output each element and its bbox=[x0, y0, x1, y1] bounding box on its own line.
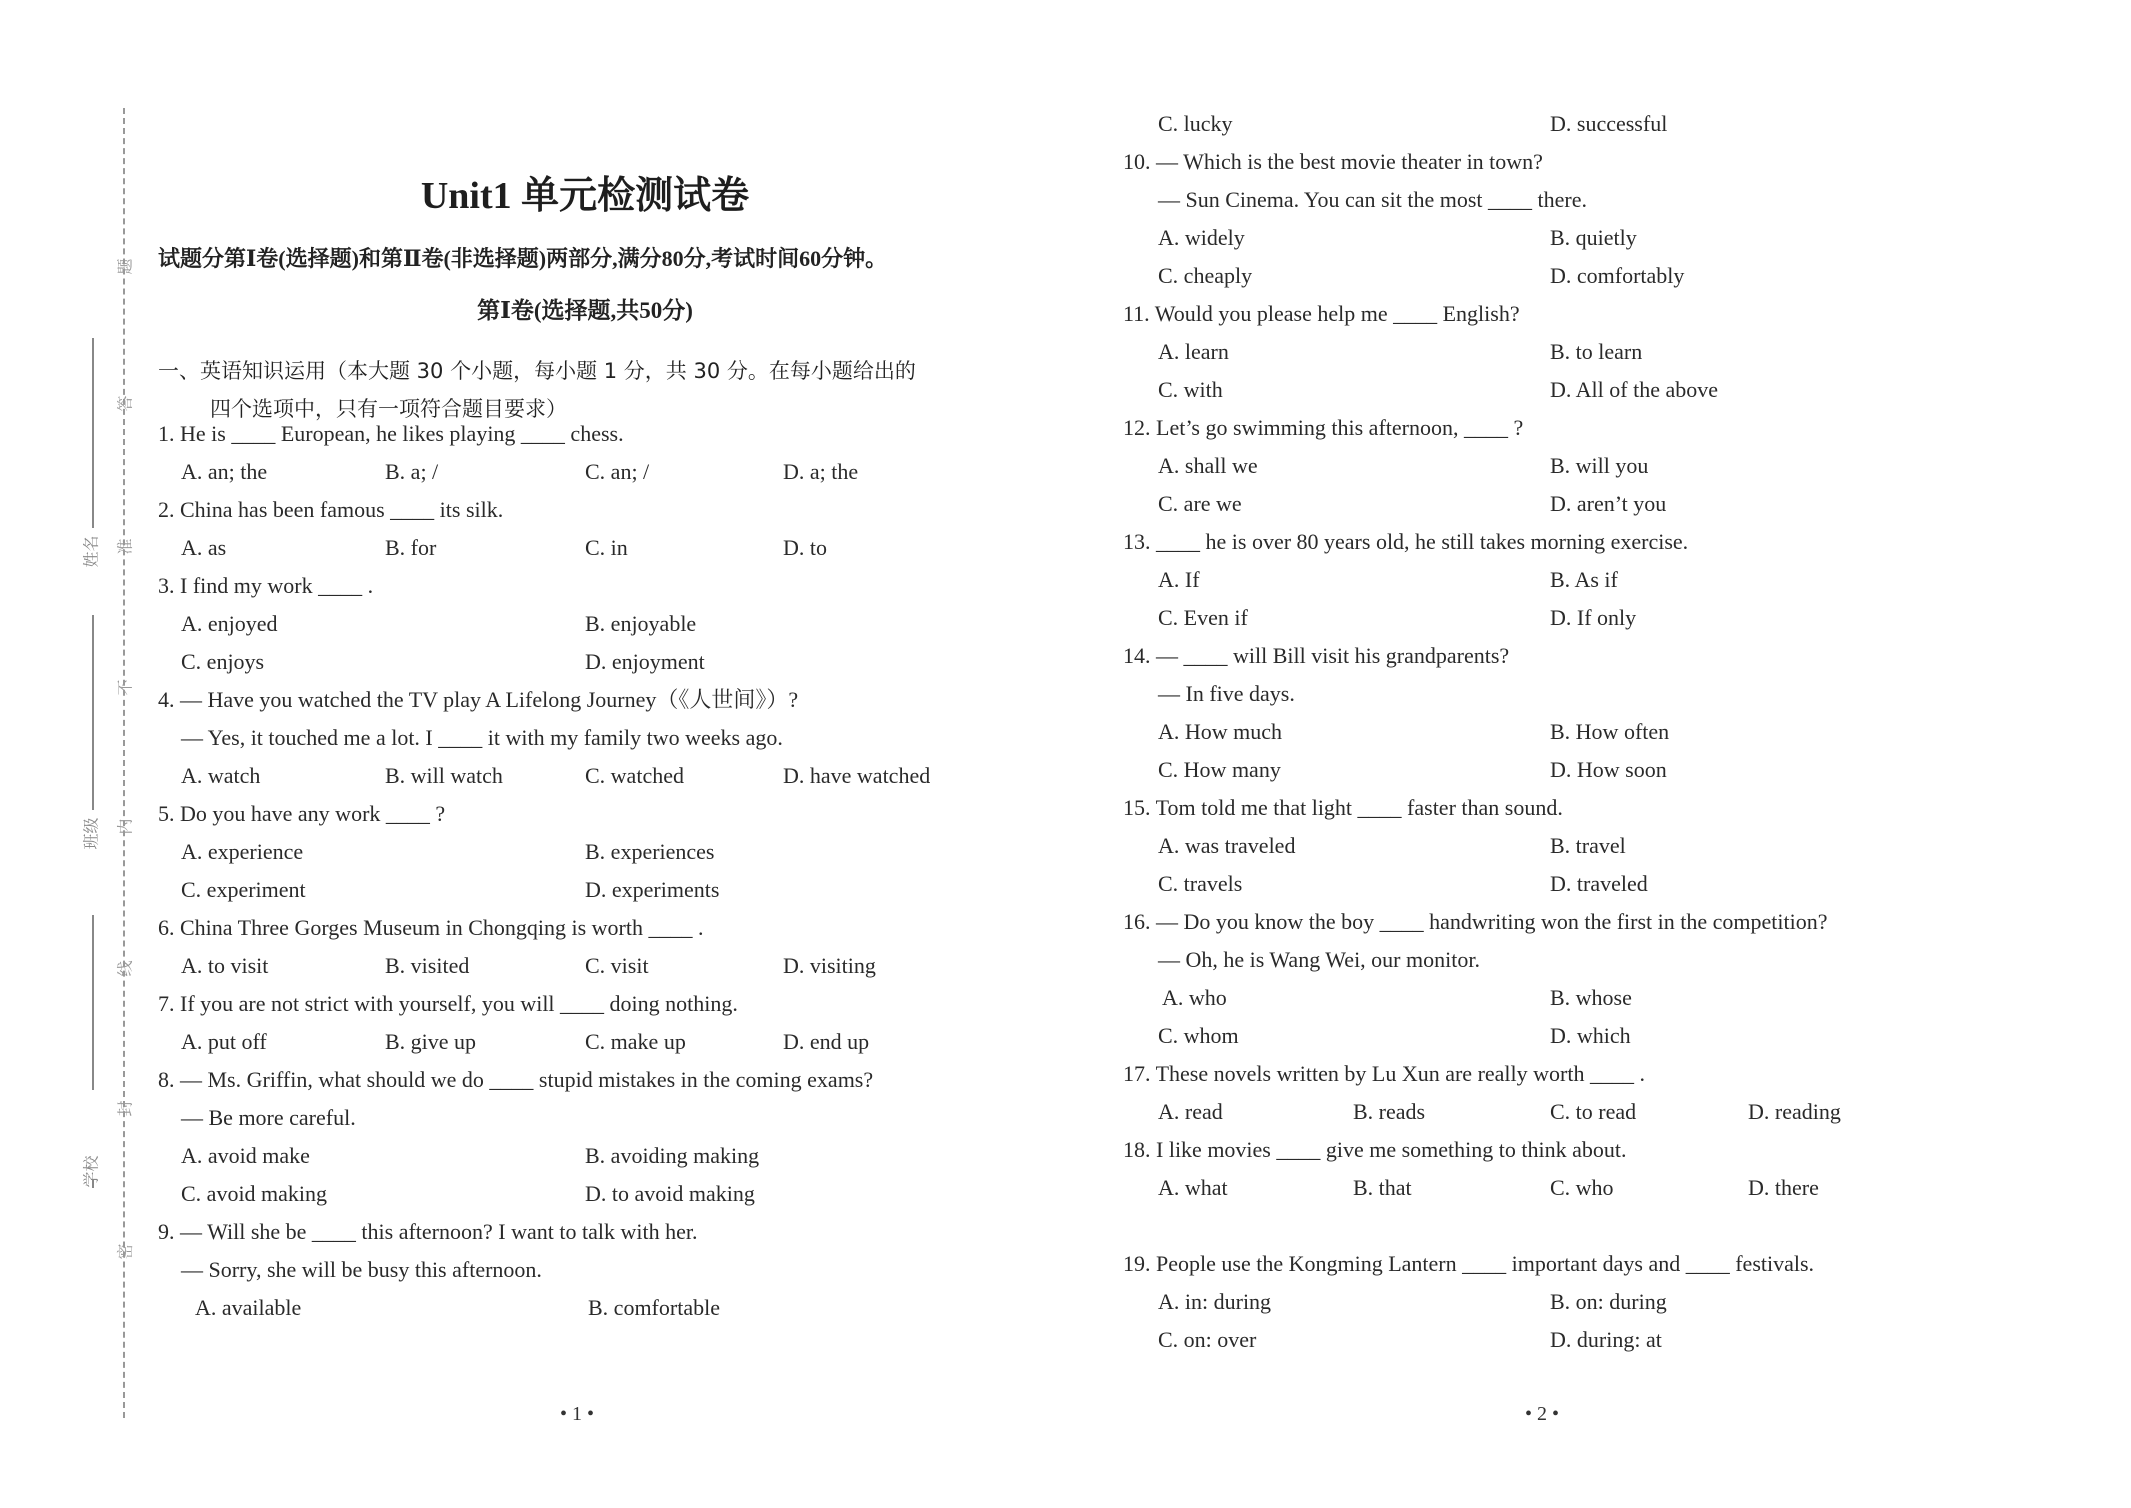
answer-option: D. a; the bbox=[783, 459, 858, 485]
answer-option: B. quietly bbox=[1550, 225, 1637, 251]
answer-option: A. read bbox=[1158, 1099, 1223, 1125]
answer-option: D. during: at bbox=[1550, 1327, 1662, 1353]
question-stem: 9. — Will she be ____ this afternoon? I … bbox=[158, 1219, 697, 1245]
answer-option: D. have watched bbox=[783, 763, 930, 789]
question-stem: 1. He is ____ European, he likes playing… bbox=[158, 421, 624, 447]
answer-option: D. end up bbox=[783, 1029, 869, 1055]
answer-option: D. enjoyment bbox=[585, 649, 705, 675]
dialogue-line: — In five days. bbox=[1158, 681, 1295, 707]
answer-option: A. shall we bbox=[1158, 453, 1258, 479]
question-stem: 11. Would you please help me ____ Englis… bbox=[1123, 301, 1520, 327]
seal-char: 准 bbox=[113, 535, 136, 559]
answer-option: C. make up bbox=[585, 1029, 686, 1055]
answer-option: D. If only bbox=[1550, 605, 1636, 631]
question-stem: 14. — ____ will Bill visit his grandpare… bbox=[1123, 643, 1509, 669]
info-blank-line bbox=[92, 338, 94, 528]
answer-option: B. travel bbox=[1550, 833, 1626, 859]
answer-option: D. traveled bbox=[1550, 871, 1648, 897]
question-stem: 10. — Which is the best movie theater in… bbox=[1123, 149, 1543, 175]
exam-intro: 试题分第Ⅰ卷(选择题)和第Ⅱ卷(非选择题)两部分,满分80分,考试时间60分钟。 bbox=[158, 242, 887, 273]
question-stem: 18. I like movies ____ give me something… bbox=[1123, 1137, 1627, 1163]
dialogue-line: — Oh, he is Wang Wei, our monitor. bbox=[1158, 947, 1480, 973]
answer-option: B. that bbox=[1353, 1175, 1412, 1201]
answer-option: B. reads bbox=[1353, 1099, 1425, 1125]
page-title: Unit1 单元检测试卷 bbox=[0, 164, 1170, 219]
answer-option: B. will watch bbox=[385, 763, 503, 789]
answer-option: D. to bbox=[783, 535, 827, 561]
question-stem: 8. — Ms. Griffin, what should we do ____… bbox=[158, 1067, 873, 1093]
question-stem: 12. Let’s go swimming this afternoon, __… bbox=[1123, 415, 1523, 441]
answer-option: C. Even if bbox=[1158, 605, 1248, 631]
answer-option: C. cheaply bbox=[1158, 263, 1252, 289]
page-number-1: • 1 • bbox=[560, 1403, 594, 1426]
answer-option: C. with bbox=[1158, 377, 1223, 403]
answer-option: B. experiences bbox=[585, 839, 715, 865]
answer-option: B. comfortable bbox=[588, 1295, 720, 1321]
answer-option: C. travels bbox=[1158, 871, 1242, 897]
answer-option: A. How much bbox=[1158, 719, 1282, 745]
seal-char: 密 bbox=[113, 1240, 136, 1264]
answer-option: B. will you bbox=[1550, 453, 1648, 479]
answer-option: C. lucky bbox=[1158, 111, 1233, 137]
answer-option: B. give up bbox=[385, 1029, 476, 1055]
question-stem: 13. ____ he is over 80 years old, he sti… bbox=[1123, 529, 1688, 555]
answer-option: A. available bbox=[195, 1295, 301, 1321]
seal-char: 答 bbox=[113, 392, 136, 416]
answer-option: B. whose bbox=[1550, 985, 1632, 1011]
answer-option: B. to learn bbox=[1550, 339, 1642, 365]
question-stem: 6. China Three Gorges Museum in Chongqin… bbox=[158, 915, 704, 941]
answer-option: D. aren’t you bbox=[1550, 491, 1666, 517]
question-stem: 7. If you are not strict with yourself, … bbox=[158, 991, 738, 1017]
seal-char: 线 bbox=[113, 957, 136, 981]
answer-option: C. watched bbox=[585, 763, 684, 789]
answer-option: A. was traveled bbox=[1158, 833, 1295, 859]
dialogue-line: — Sun Cinema. You can sit the most ____ … bbox=[1158, 187, 1587, 213]
answer-option: A. who bbox=[1162, 985, 1227, 1011]
info-blank-line bbox=[92, 1180, 94, 1188]
answer-option: C. experiment bbox=[181, 877, 306, 903]
answer-option: B. a; / bbox=[385, 459, 438, 485]
info-label: 姓名 bbox=[79, 532, 102, 572]
answer-option: A. to visit bbox=[181, 953, 268, 979]
answer-option: C. an; / bbox=[585, 459, 649, 485]
seal-char: 不 bbox=[113, 676, 136, 700]
answer-option: D. All of the above bbox=[1550, 377, 1718, 403]
answer-option: C. visit bbox=[585, 953, 649, 979]
dialogue-line: — Yes, it touched me a lot. I ____ it wi… bbox=[181, 725, 783, 751]
question-stem: 15. Tom told me that light ____ faster t… bbox=[1123, 795, 1563, 821]
answer-option: D. to avoid making bbox=[585, 1181, 755, 1207]
answer-option: B. visited bbox=[385, 953, 469, 979]
answer-option: B. avoiding making bbox=[585, 1143, 759, 1169]
section-heading-cont: 四个选项中，只有一项符合题目要求） bbox=[210, 393, 567, 423]
question-stem: 16. — Do you know the boy ____ handwriti… bbox=[1123, 909, 1828, 935]
answer-option: D. there bbox=[1748, 1175, 1819, 1201]
answer-option: C. How many bbox=[1158, 757, 1281, 783]
answer-option: A. as bbox=[181, 535, 226, 561]
answer-option: A. enjoyed bbox=[181, 611, 278, 637]
answer-option: A. avoid make bbox=[181, 1143, 310, 1169]
answer-option: A. an; the bbox=[181, 459, 267, 485]
answer-option: C. are we bbox=[1158, 491, 1242, 517]
answer-option: C. on: over bbox=[1158, 1327, 1256, 1353]
answer-option: A. widely bbox=[1158, 225, 1245, 251]
answer-option: D. successful bbox=[1550, 111, 1667, 137]
answer-option: C. in bbox=[585, 535, 628, 561]
dialogue-line: — Be more careful. bbox=[181, 1105, 356, 1131]
answer-option: C. to read bbox=[1550, 1099, 1636, 1125]
seal-char: 题 bbox=[113, 255, 136, 279]
info-label: 班级 bbox=[79, 814, 102, 854]
section-heading: 一、英语知识运用（本大题 30 个小题，每小题 1 分，共 30 分。在每小题给… bbox=[158, 355, 916, 385]
answer-option: C. who bbox=[1550, 1175, 1614, 1201]
answer-option: A. experience bbox=[181, 839, 303, 865]
info-blank-line bbox=[92, 615, 94, 810]
answer-option: A. If bbox=[1158, 567, 1200, 593]
seal-char: 封 bbox=[113, 1097, 136, 1121]
answer-option: B. on: during bbox=[1550, 1289, 1667, 1315]
info-label: 学校 bbox=[79, 1152, 102, 1192]
info-blank-line bbox=[92, 915, 94, 1090]
question-stem: 19. People use the Kongming Lantern ____… bbox=[1123, 1251, 1814, 1277]
answer-option: C. whom bbox=[1158, 1023, 1239, 1049]
answer-option: C. enjoys bbox=[181, 649, 264, 675]
answer-option: D. comfortably bbox=[1550, 263, 1684, 289]
question-stem: 2. China has been famous ____ its silk. bbox=[158, 497, 503, 523]
part-heading: 第Ⅰ卷(选择题,共50分) bbox=[0, 292, 1170, 325]
answer-option: A. watch bbox=[181, 763, 260, 789]
answer-option: D. visiting bbox=[783, 953, 876, 979]
answer-option: B. How often bbox=[1550, 719, 1669, 745]
answer-option: D. which bbox=[1550, 1023, 1631, 1049]
question-stem: 17. These novels written by Lu Xun are r… bbox=[1123, 1061, 1645, 1087]
answer-option: A. learn bbox=[1158, 339, 1229, 365]
answer-option: A. what bbox=[1158, 1175, 1228, 1201]
seal-char: 内 bbox=[113, 815, 136, 839]
question-stem: 5. Do you have any work ____ ? bbox=[158, 801, 445, 827]
answer-option: C. avoid making bbox=[181, 1181, 327, 1207]
question-stem: 3. I find my work ____ . bbox=[158, 573, 373, 599]
answer-option: B. enjoyable bbox=[585, 611, 696, 637]
answer-option: B. As if bbox=[1550, 567, 1618, 593]
question-stem: 4. — Have you watched the TV play A Life… bbox=[158, 687, 798, 713]
answer-option: B. for bbox=[385, 535, 436, 561]
answer-option: A. put off bbox=[181, 1029, 267, 1055]
page-number-2: • 2 • bbox=[1525, 1403, 1559, 1426]
answer-option: D. reading bbox=[1748, 1099, 1841, 1125]
answer-option: A. in: during bbox=[1158, 1289, 1271, 1315]
answer-option: D. experiments bbox=[585, 877, 719, 903]
dialogue-line: — Sorry, she will be busy this afternoon… bbox=[181, 1257, 542, 1283]
answer-option: D. How soon bbox=[1550, 757, 1667, 783]
